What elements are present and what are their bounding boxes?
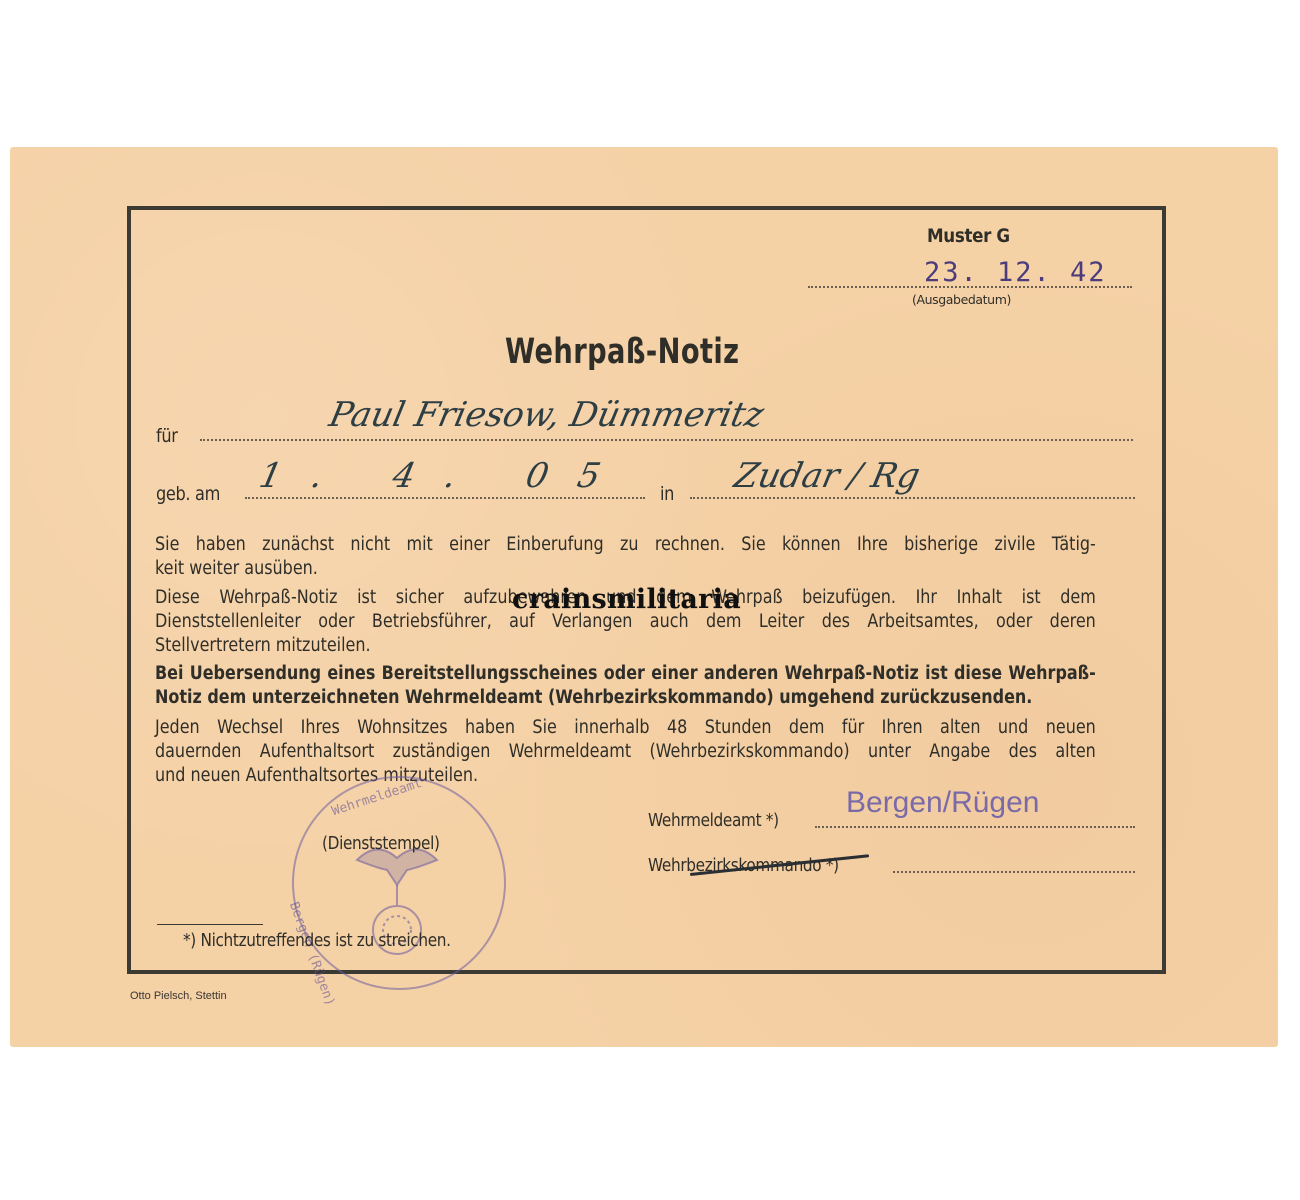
in-label: in xyxy=(660,483,674,505)
form-id: Muster G xyxy=(927,225,1010,247)
paragraph-line: und neuen Aufenthaltsortes mitzuteilen. xyxy=(155,764,1096,788)
wehrmeldeamt-label: Wehrmeldeamt *) xyxy=(648,810,779,831)
wehrbezirkskommando-label: Wehrbezirkskommando *) xyxy=(648,855,839,876)
issue-date-label: (Ausgabedatum) xyxy=(912,292,1011,307)
wehrmeldeamt-stamp: Bergen/Rügen xyxy=(846,786,1039,820)
birthdate-line xyxy=(245,497,645,499)
birthplace-handwritten: Zudar / Rg xyxy=(731,456,924,496)
issue-date-line xyxy=(808,286,1132,288)
footnote: *) Nichtzutreffendes ist zu streichen. xyxy=(183,930,451,951)
paragraph-line: Jeden Wechsel Ihres Wohnsitzes haben Sie… xyxy=(155,716,1096,740)
stamp-label: (Dienststempel) xyxy=(322,833,440,854)
printer-imprint: Otto Pielsch, Stettin xyxy=(130,990,227,1002)
issue-date-stamp: 23. 12. 42 xyxy=(924,257,1107,288)
wehrbezirkskommando-line xyxy=(893,871,1135,873)
geb-am-label: geb. am xyxy=(156,483,220,505)
wehrmeldeamt-line xyxy=(815,826,1135,828)
birthplace-line xyxy=(690,497,1135,499)
footnote-rule xyxy=(157,924,263,925)
paragraph-line: Sie haben zunächst nicht mit einer Einbe… xyxy=(155,533,1096,557)
fuer-label: für xyxy=(156,425,178,447)
watermark: crainsmilitaria xyxy=(512,584,741,615)
fuer-line xyxy=(200,439,1133,441)
paragraph-1: Sie haben zunächst nicht mit einer Einbe… xyxy=(155,533,1096,581)
document-title: Wehrpaß-Notiz xyxy=(505,332,739,372)
paragraph-line: Stellvertretern mitzuteilen. xyxy=(155,634,1096,658)
paragraph-line: dauernden Aufenthaltsort zuständigen Weh… xyxy=(155,740,1096,764)
paragraph-3: Bei Uebersendung eines Bereitstellungssc… xyxy=(155,662,1096,710)
paragraph-4: Jeden Wechsel Ihres Wohnsitzes haben Sie… xyxy=(155,716,1096,788)
paragraph-line: keit weiter ausüben. xyxy=(155,557,1096,581)
birthdate-handwritten: 1. 4. 05 xyxy=(256,456,634,496)
paragraph-line: Notiz dem unterzeichneten Wehrmeldeamt (… xyxy=(155,686,1096,710)
paragraph-line: Bei Uebersendung eines Bereitstellungssc… xyxy=(155,662,1096,686)
recipient-handwritten: Paul Friesow, Dümmeritz xyxy=(326,395,768,435)
